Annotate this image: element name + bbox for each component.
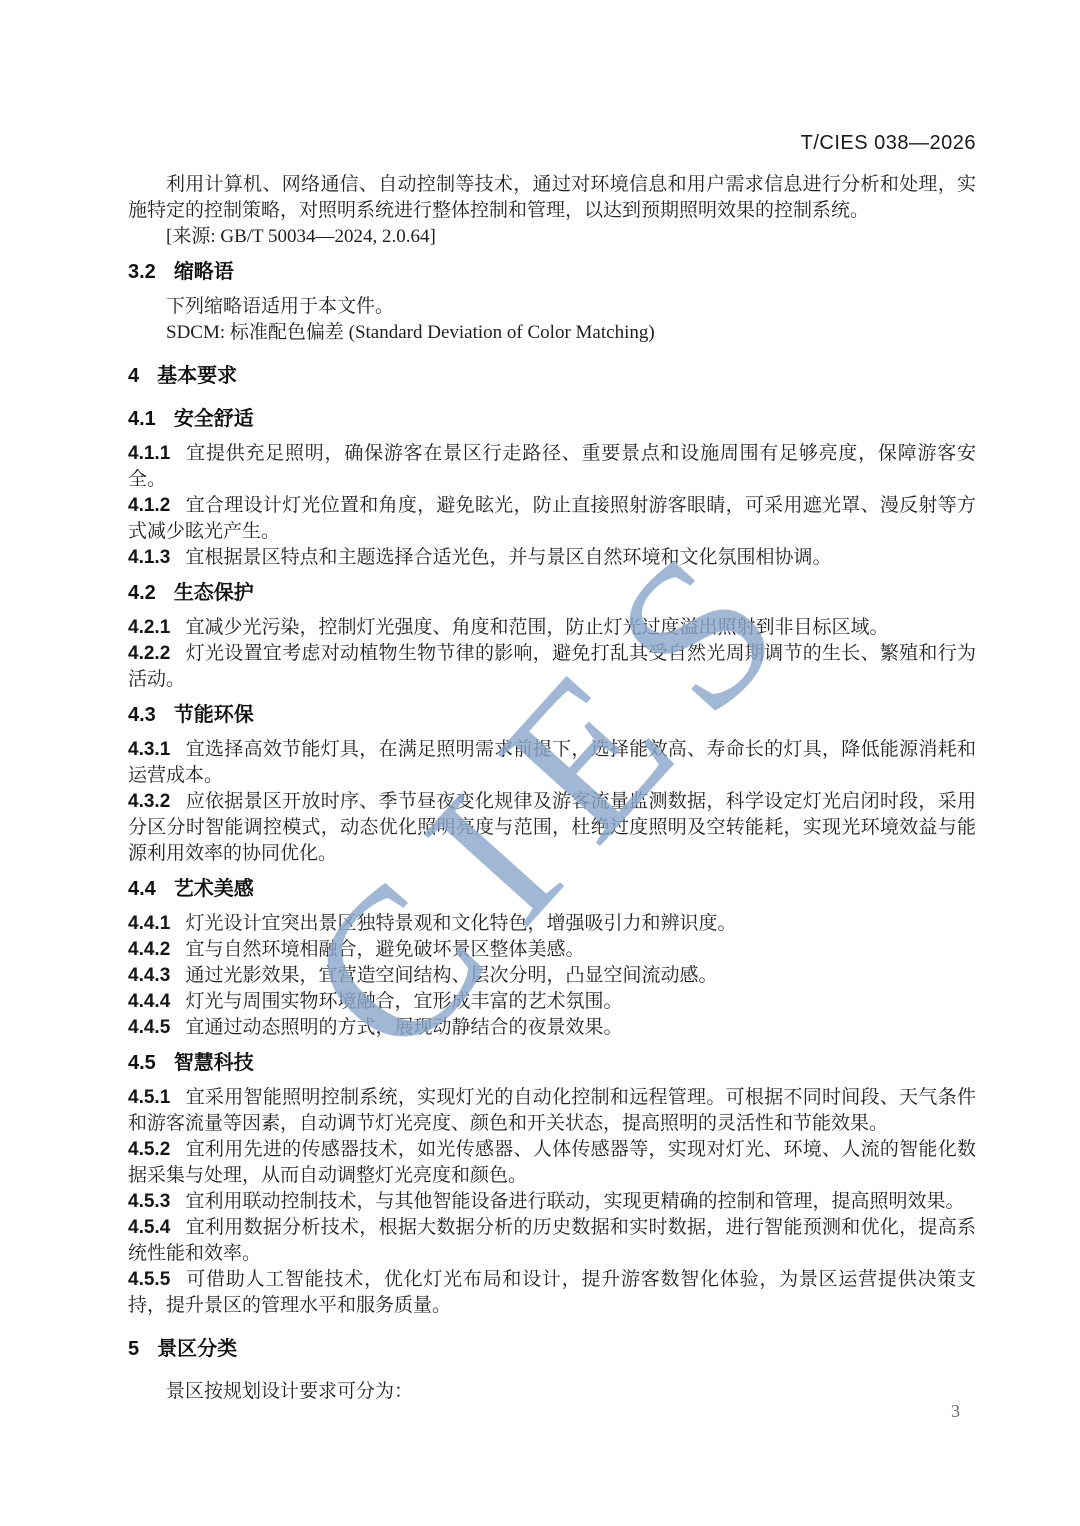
clause-text: 灯光设置宜考虑对动植物生物节律的影响，避免打乱其受自然光周期调节的生长、繁殖和行…: [128, 643, 976, 690]
heading-title: 安全舒适: [174, 408, 254, 430]
clause-number: 4.1.2: [128, 495, 170, 516]
clause-4-4-5: 4.4.5宜通过动态照明的方式，展现动静结合的夜景效果。: [128, 1015, 976, 1041]
clause-number: 4.4.4: [128, 991, 170, 1012]
abbreviation-sdcm: SDCM: 标准配色偏差 (Standard Deviation of Colo…: [128, 320, 976, 346]
clause-text: 宜选择高效节能灯具，在满足照明需求前提下，选择能效高、寿命长的灯具，降低能源消耗…: [128, 739, 976, 786]
clause-text: 宜根据景区特点和主题选择合适光色，并与景区自然环境和文化氛围相协调。: [185, 547, 831, 568]
heading-number: 4.3: [128, 704, 156, 726]
clause-4-4-3: 4.4.3通过光影效果，宜营造空间结构、层次分明，凸显空间流动感。: [128, 963, 976, 989]
clause-4-3-1: 4.3.1宜选择高效节能灯具，在满足照明需求前提下，选择能效高、寿命长的灯具，降…: [128, 737, 976, 789]
clause-text: 宜利用数据分析技术，根据大数据分析的历史数据和实时数据，进行智能预测和优化，提高…: [128, 1217, 976, 1264]
clause-number: 4.4.1: [128, 913, 170, 934]
clause-4-2-2: 4.2.2灯光设置宜考虑对动植物生物节律的影响，避免打乱其受自然光周期调节的生长…: [128, 641, 976, 693]
clause-number: 4.1.3: [128, 547, 170, 568]
clause-number: 4.4.3: [128, 965, 170, 986]
clause-4-5-2: 4.5.2宜利用先进的传感器技术，如光传感器、人体传感器等，实现对灯光、环境、人…: [128, 1137, 976, 1189]
clause-number: 4.4.5: [128, 1017, 170, 1038]
clause-4-5-5: 4.5.5可借助人工智能技术，优化灯光布局和设计，提升游客数智化体验，为景区运营…: [128, 1267, 976, 1319]
clause-number: 4.5.2: [128, 1139, 170, 1160]
heading-title: 基本要求: [157, 365, 237, 387]
clause-text: 宜合理设计灯光位置和角度，避免眩光，防止直接照射游客眼睛，可采用遮光罩、漫反射等…: [128, 495, 976, 542]
clause-4-4-4: 4.4.4灯光与周围实物环境融合，宜形成丰富的艺术氛围。: [128, 989, 976, 1015]
heading-title: 艺术美感: [174, 878, 254, 900]
clause-4-3-2: 4.3.2应依据景区开放时序、季节昼夜变化规律及游客流量监测数据，科学设定灯光启…: [128, 789, 976, 867]
clause-4-2-1: 4.2.1宜减少光污染，控制灯光强度、角度和范围，防止灯光过度溢出照射到非目标区…: [128, 615, 976, 641]
definition-paragraph: 利用计算机、网络通信、自动控制等技术，通过对环境信息和用户需求信息进行分析和处理…: [128, 172, 976, 224]
clause-number: 4.2.1: [128, 617, 170, 638]
section-heading-4-1: 4.1安全舒适: [128, 406, 976, 432]
clause-number: 4.4.2: [128, 939, 170, 960]
classification-intro: 景区按规划设计要求可分为：: [128, 1379, 976, 1405]
clause-4-1-1: 4.1.1宜提供充足照明，确保游客在景区行走路径、重要景点和设施周围有足够亮度，…: [128, 441, 976, 493]
clause-number: 4.5.3: [128, 1191, 170, 1212]
heading-number: 4.2: [128, 582, 156, 604]
clause-number: 4.5.5: [128, 1269, 170, 1290]
clause-text: 宜减少光污染，控制灯光强度、角度和范围，防止灯光过度溢出照射到非目标区域。: [185, 617, 888, 638]
page-number: 3: [951, 1398, 960, 1424]
section-heading-4-4: 4.4艺术美感: [128, 876, 976, 902]
clause-4-4-1: 4.4.1灯光设计宜突出景区独特景观和文化特色，增强吸引力和辨识度。: [128, 911, 976, 937]
heading-title: 智慧科技: [174, 1052, 254, 1074]
clause-text: 应依据景区开放时序、季节昼夜变化规律及游客流量监测数据，科学设定灯光启闭时段，采…: [128, 791, 976, 864]
clause-4-1-3: 4.1.3宜根据景区特点和主题选择合适光色，并与景区自然环境和文化氛围相协调。: [128, 545, 976, 571]
heading-title: 景区分类: [157, 1338, 237, 1360]
source-note: [来源: GB/T 50034—2024, 2.0.64]: [128, 224, 976, 250]
clause-text: 宜利用联动控制技术，与其他智能设备进行联动，实现更精确的控制和管理，提高照明效果…: [185, 1191, 964, 1212]
clause-text: 灯光设计宜突出景区独特景观和文化特色，增强吸引力和辨识度。: [185, 913, 736, 934]
clause-text: 宜与自然环境相融合，避免破坏景区整体美感。: [185, 939, 584, 960]
heading-title: 生态保护: [174, 582, 254, 604]
section-heading-4-2: 4.2生态保护: [128, 580, 976, 606]
heading-number: 3.2: [128, 261, 156, 283]
clause-4-4-2: 4.4.2宜与自然环境相融合，避免破坏景区整体美感。: [128, 937, 976, 963]
document-page: T/CIES 038—2026 利用计算机、网络通信、自动控制等技术，通过对环境…: [0, 0, 1080, 1526]
clause-4-5-4: 4.5.4宜利用数据分析技术，根据大数据分析的历史数据和实时数据，进行智能预测和…: [128, 1215, 976, 1267]
clause-4-5-3: 4.5.3宜利用联动控制技术，与其他智能设备进行联动，实现更精确的控制和管理，提…: [128, 1189, 976, 1215]
section-heading-4-5: 4.5智慧科技: [128, 1050, 976, 1076]
abbreviation-intro: 下列缩略语适用于本文件。: [128, 294, 976, 320]
clause-text: 通过光影效果，宜营造空间结构、层次分明，凸显空间流动感。: [185, 965, 717, 986]
clause-number: 4.3.2: [128, 791, 170, 812]
heading-number: 4.4: [128, 878, 156, 900]
heading-title: 缩略语: [174, 261, 234, 283]
clause-number: 4.1.1: [128, 443, 170, 464]
chapter-heading-5: 5景区分类: [128, 1336, 976, 1362]
clause-4-1-2: 4.1.2宜合理设计灯光位置和角度，避免眩光，防止直接照射游客眼睛，可采用遮光罩…: [128, 493, 976, 545]
clause-text: 可借助人工智能技术，优化灯光布局和设计，提升游客数智化体验，为景区运营提供决策支…: [128, 1269, 976, 1316]
clause-text: 宜利用先进的传感器技术，如光传感器、人体传感器等，实现对灯光、环境、人流的智能化…: [128, 1139, 976, 1186]
chapter-heading-4: 4基本要求: [128, 363, 976, 389]
heading-number: 5: [128, 1338, 139, 1360]
clause-number: 4.3.1: [128, 739, 170, 760]
section-heading-3-2: 3.2缩略语: [128, 259, 976, 285]
heading-number: 4.5: [128, 1052, 156, 1074]
clause-text: 宜通过动态照明的方式，展现动静结合的夜景效果。: [185, 1017, 622, 1038]
clause-text: 灯光与周围实物环境融合，宜形成丰富的艺术氛围。: [185, 991, 622, 1012]
section-heading-4-3: 4.3节能环保: [128, 702, 976, 728]
heading-number: 4: [128, 365, 139, 387]
doc-number-header: T/CIES 038—2026: [128, 130, 976, 156]
clause-text: 宜采用智能照明控制系统，实现灯光的自动化控制和远程管理。可根据不同时间段、天气条…: [128, 1087, 976, 1134]
heading-number: 4.1: [128, 408, 156, 430]
doc-body: 利用计算机、网络通信、自动控制等技术，通过对环境信息和用户需求信息进行分析和处理…: [128, 172, 976, 1405]
clause-text: 宜提供充足照明，确保游客在景区行走路径、重要景点和设施周围有足够亮度，保障游客安…: [128, 443, 976, 490]
clause-number: 4.5.1: [128, 1087, 170, 1108]
clause-4-5-1: 4.5.1宜采用智能照明控制系统，实现灯光的自动化控制和远程管理。可根据不同时间…: [128, 1085, 976, 1137]
clause-number: 4.5.4: [128, 1217, 170, 1238]
heading-title: 节能环保: [174, 704, 254, 726]
clause-number: 4.2.2: [128, 643, 170, 664]
